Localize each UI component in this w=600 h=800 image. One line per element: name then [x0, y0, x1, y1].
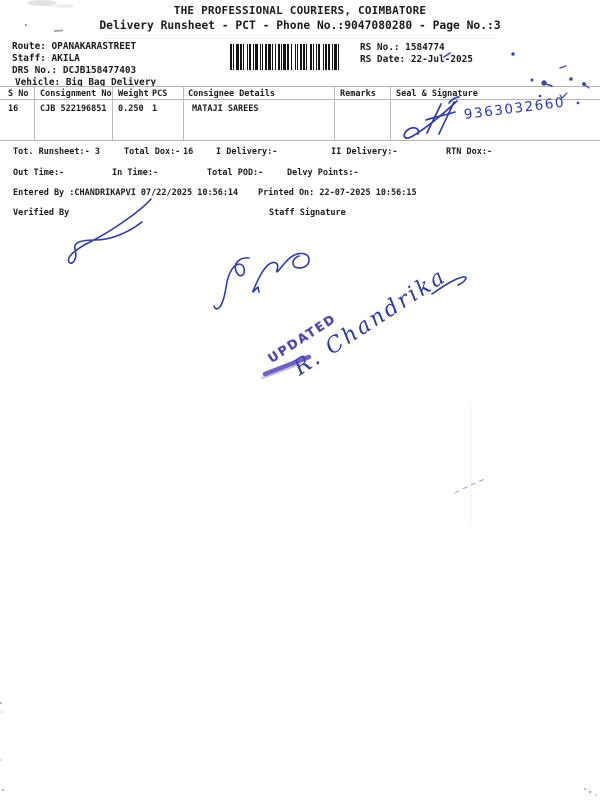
route-label: Route:: [12, 41, 46, 52]
col-header-weight: Weight: [118, 89, 149, 99]
squiggle-signature: [214, 253, 309, 308]
tot-runsheet: Tot. Runsheet:- 3: [13, 147, 100, 157]
rs-no-line: RS No.: 1584774: [360, 42, 445, 53]
barcode: [230, 44, 356, 70]
staff-line: Staff: AKILA: [12, 53, 80, 64]
total-pod: Total POD:-: [207, 168, 263, 178]
document-page: THE PROFESSIONAL COURIERS, COIMBATORE De…: [0, 0, 600, 800]
table-vrule-5: [390, 86, 391, 140]
verified-by-label: Verified By: [13, 208, 69, 218]
out-time: Out Time:-: [13, 168, 64, 178]
staff-value: AKILA: [52, 53, 80, 64]
col-header-remarks: Remarks: [340, 89, 376, 99]
total-dox-label: Total Dox:-: [124, 147, 180, 157]
faint-pen-mark: [455, 478, 488, 493]
rs-date-line: RS Date: 22-Jul-2025: [360, 54, 473, 65]
ink-specks-bottom: [584, 788, 597, 796]
row-consignment: CJB 522196851: [40, 104, 107, 114]
entered-by: Entered By :CHANDRIKAPVI 07/22/2025 10:5…: [13, 188, 238, 198]
table-header-rule: [0, 99, 600, 100]
table-top-rule: [0, 86, 600, 87]
ink-strokes: [0, 0, 600, 800]
rs-date-value: 22-Jul-2025: [411, 54, 473, 65]
route-line: Route: OPANAKARASTREET: [12, 41, 136, 52]
seal-signature-scrawl: [404, 97, 459, 138]
in-time: In Time:-: [112, 168, 158, 178]
table-vrule-2: [112, 86, 113, 140]
col-header-pcs: PCS: [152, 89, 167, 99]
staff-label: Staff:: [12, 53, 46, 64]
table-vrule-1: [34, 86, 35, 140]
table-vrule-4: [334, 86, 335, 140]
row-consignee: MATAJI SAREES: [192, 104, 259, 114]
page-title: THE PROFESSIONAL COURIERS, COIMBATORE: [0, 4, 600, 17]
staff-signature-label: Staff Signature: [269, 208, 346, 218]
rs-no-value: 1584774: [405, 42, 445, 53]
ii-delivery: II Delivery:-: [331, 147, 398, 157]
table-vrule-3: [183, 86, 184, 140]
route-value: OPANAKARASTREET: [52, 41, 137, 52]
row-weight: 0.250: [118, 104, 144, 114]
paper-crease: [470, 405, 471, 523]
delvy-points: Delvy Points:-: [287, 168, 359, 178]
rs-no-label: RS No.:: [360, 42, 400, 53]
row-sno: 16: [8, 104, 18, 114]
page-subtitle: Delivery Runsheet - PCT - Phone No.:9047…: [0, 19, 600, 32]
table-bottom-rule: [0, 140, 600, 141]
printed-on: Printed On: 22-07-2025 10:56:15: [258, 188, 417, 198]
ink-specks-left-edge: [0, 702, 4, 791]
col-header-consignment: Consignment No: [40, 89, 112, 99]
total-dox-value: 16: [183, 147, 193, 157]
drs-line: DRS No.: DCJB158477403: [12, 65, 136, 76]
drs-value: DCJB158477403: [63, 65, 136, 76]
row-pcs: 1: [152, 104, 157, 114]
i-delivery: I Delivery:-: [216, 147, 277, 157]
col-header-consignee: Consignee Details: [188, 89, 275, 99]
col-header-seal: Seal & Signature: [396, 89, 478, 99]
verified-signature: [68, 199, 151, 263]
col-header-sno: S No: [8, 89, 28, 99]
rs-date-label: RS Date:: [360, 54, 405, 65]
drs-label: DRS No.:: [12, 65, 57, 76]
rtn-dox: RTN Dox:-: [446, 147, 492, 157]
